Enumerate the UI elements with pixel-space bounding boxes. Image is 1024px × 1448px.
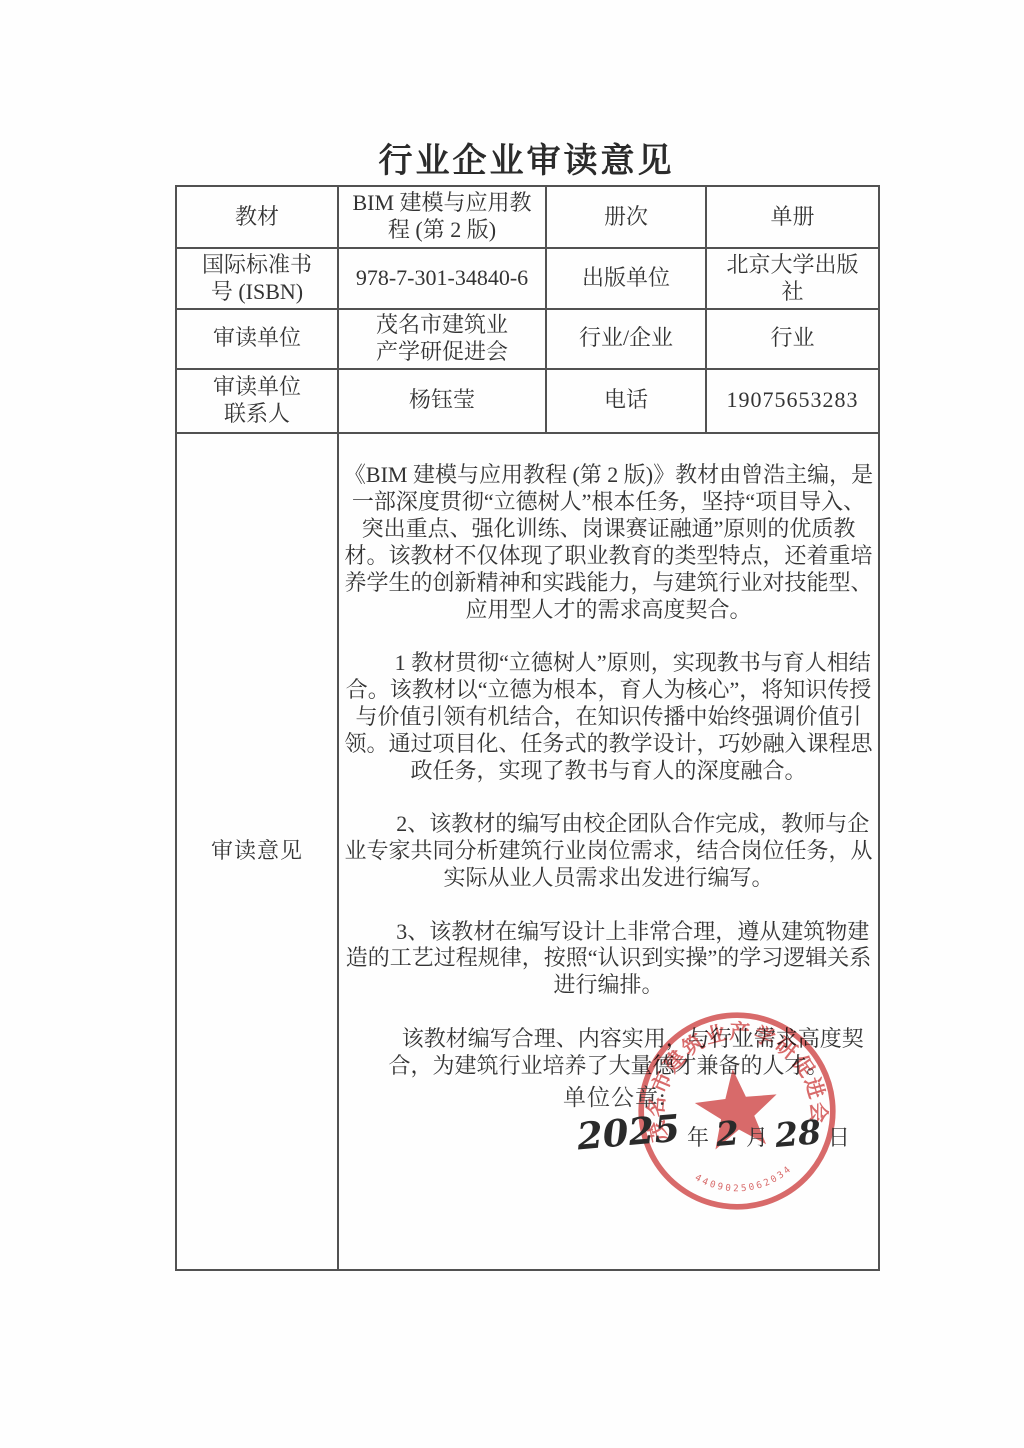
field-value-review-unit: 茂名市建筑业 产学研促进会 (338, 309, 546, 369)
field-value-volume: 单册 (706, 186, 879, 248)
review-paragraph: 《BIM 建模与应用教程 (第 2 版)》教材由曾浩主编，是一部深度贯彻“立德树… (343, 462, 874, 623)
date-day-unit: 日 (828, 1125, 850, 1152)
field-value-contact: 杨钰莹 (338, 369, 546, 433)
review-paragraph: 2、该教材的编写由校企团队合作完成，教师与企业专家共同分析建筑行业岗位需求，结合… (343, 811, 874, 891)
table-row: 审读单位 茂名市建筑业 产学研促进会 行业/企业 行业 (176, 309, 879, 369)
field-label-phone: 电话 (546, 369, 706, 433)
field-label-volume: 册次 (546, 186, 706, 248)
table-row: 国际标准书 号 (ISBN) 978-7-301-34840-6 出版单位 北京… (176, 248, 879, 309)
field-label-industry: 行业/企业 (546, 309, 706, 369)
signature-date: 2025 年 2 月 28 日 (577, 1114, 850, 1152)
date-year-unit: 年 (687, 1125, 709, 1152)
date-day-handwritten: 28 (774, 1115, 823, 1152)
field-value-isbn: 978-7-301-34840-6 (338, 248, 546, 309)
document-title: 行业企业审读意见 (175, 133, 878, 182)
review-paragraph: 3、该教材在编写设计上非常合理，遵从建筑物建造的工艺过程规律，按照“认识到实操”… (343, 919, 874, 999)
field-label-textbook: 教材 (176, 186, 338, 248)
table-row: 审读意见 《BIM 建模与应用教程 (第 2 版)》教材由曾浩主编，是一部深度贯… (176, 433, 879, 1271)
review-form-table: 教材 BIM 建模与应用教 程 (第 2 版) 册次 单册 国际标准书 号 (I… (175, 185, 880, 1271)
table-row: 教材 BIM 建模与应用教 程 (第 2 版) 册次 单册 (176, 186, 879, 248)
field-value-textbook: BIM 建模与应用教 程 (第 2 版) (338, 186, 546, 248)
scanned-document-page: 行业企业审读意见 教材 BIM 建模与应用教 程 (第 2 版) 册次 单册 国… (0, 0, 1024, 1448)
field-value-publisher: 北京大学出版 社 (706, 248, 879, 309)
field-label-publisher: 出版单位 (546, 248, 706, 309)
date-year-handwritten: 2025 (576, 1109, 682, 1155)
review-opinion-cell: 《BIM 建模与应用教程 (第 2 版)》教材由曾浩主编，是一部深度贯彻“立德树… (338, 433, 879, 1271)
field-label-contact: 审读单位 联系人 (176, 369, 338, 433)
field-value-phone: 19075653283 (706, 369, 879, 433)
date-month-unit: 月 (746, 1125, 768, 1152)
field-value-industry: 行业 (706, 309, 879, 369)
table-row: 审读单位 联系人 杨钰莹 电话 19075653283 (176, 369, 879, 433)
field-label-review-opinion: 审读意见 (176, 433, 338, 1271)
field-label-isbn: 国际标准书 号 (ISBN) (176, 248, 338, 309)
date-month-handwritten: 2 (715, 1116, 741, 1151)
review-paragraph: 1 教材贯彻“立德树人”原则，实现教书与育人相结合。该教材以“立德为根本，育人为… (343, 650, 874, 784)
field-label-review-unit: 审读单位 (176, 309, 338, 369)
